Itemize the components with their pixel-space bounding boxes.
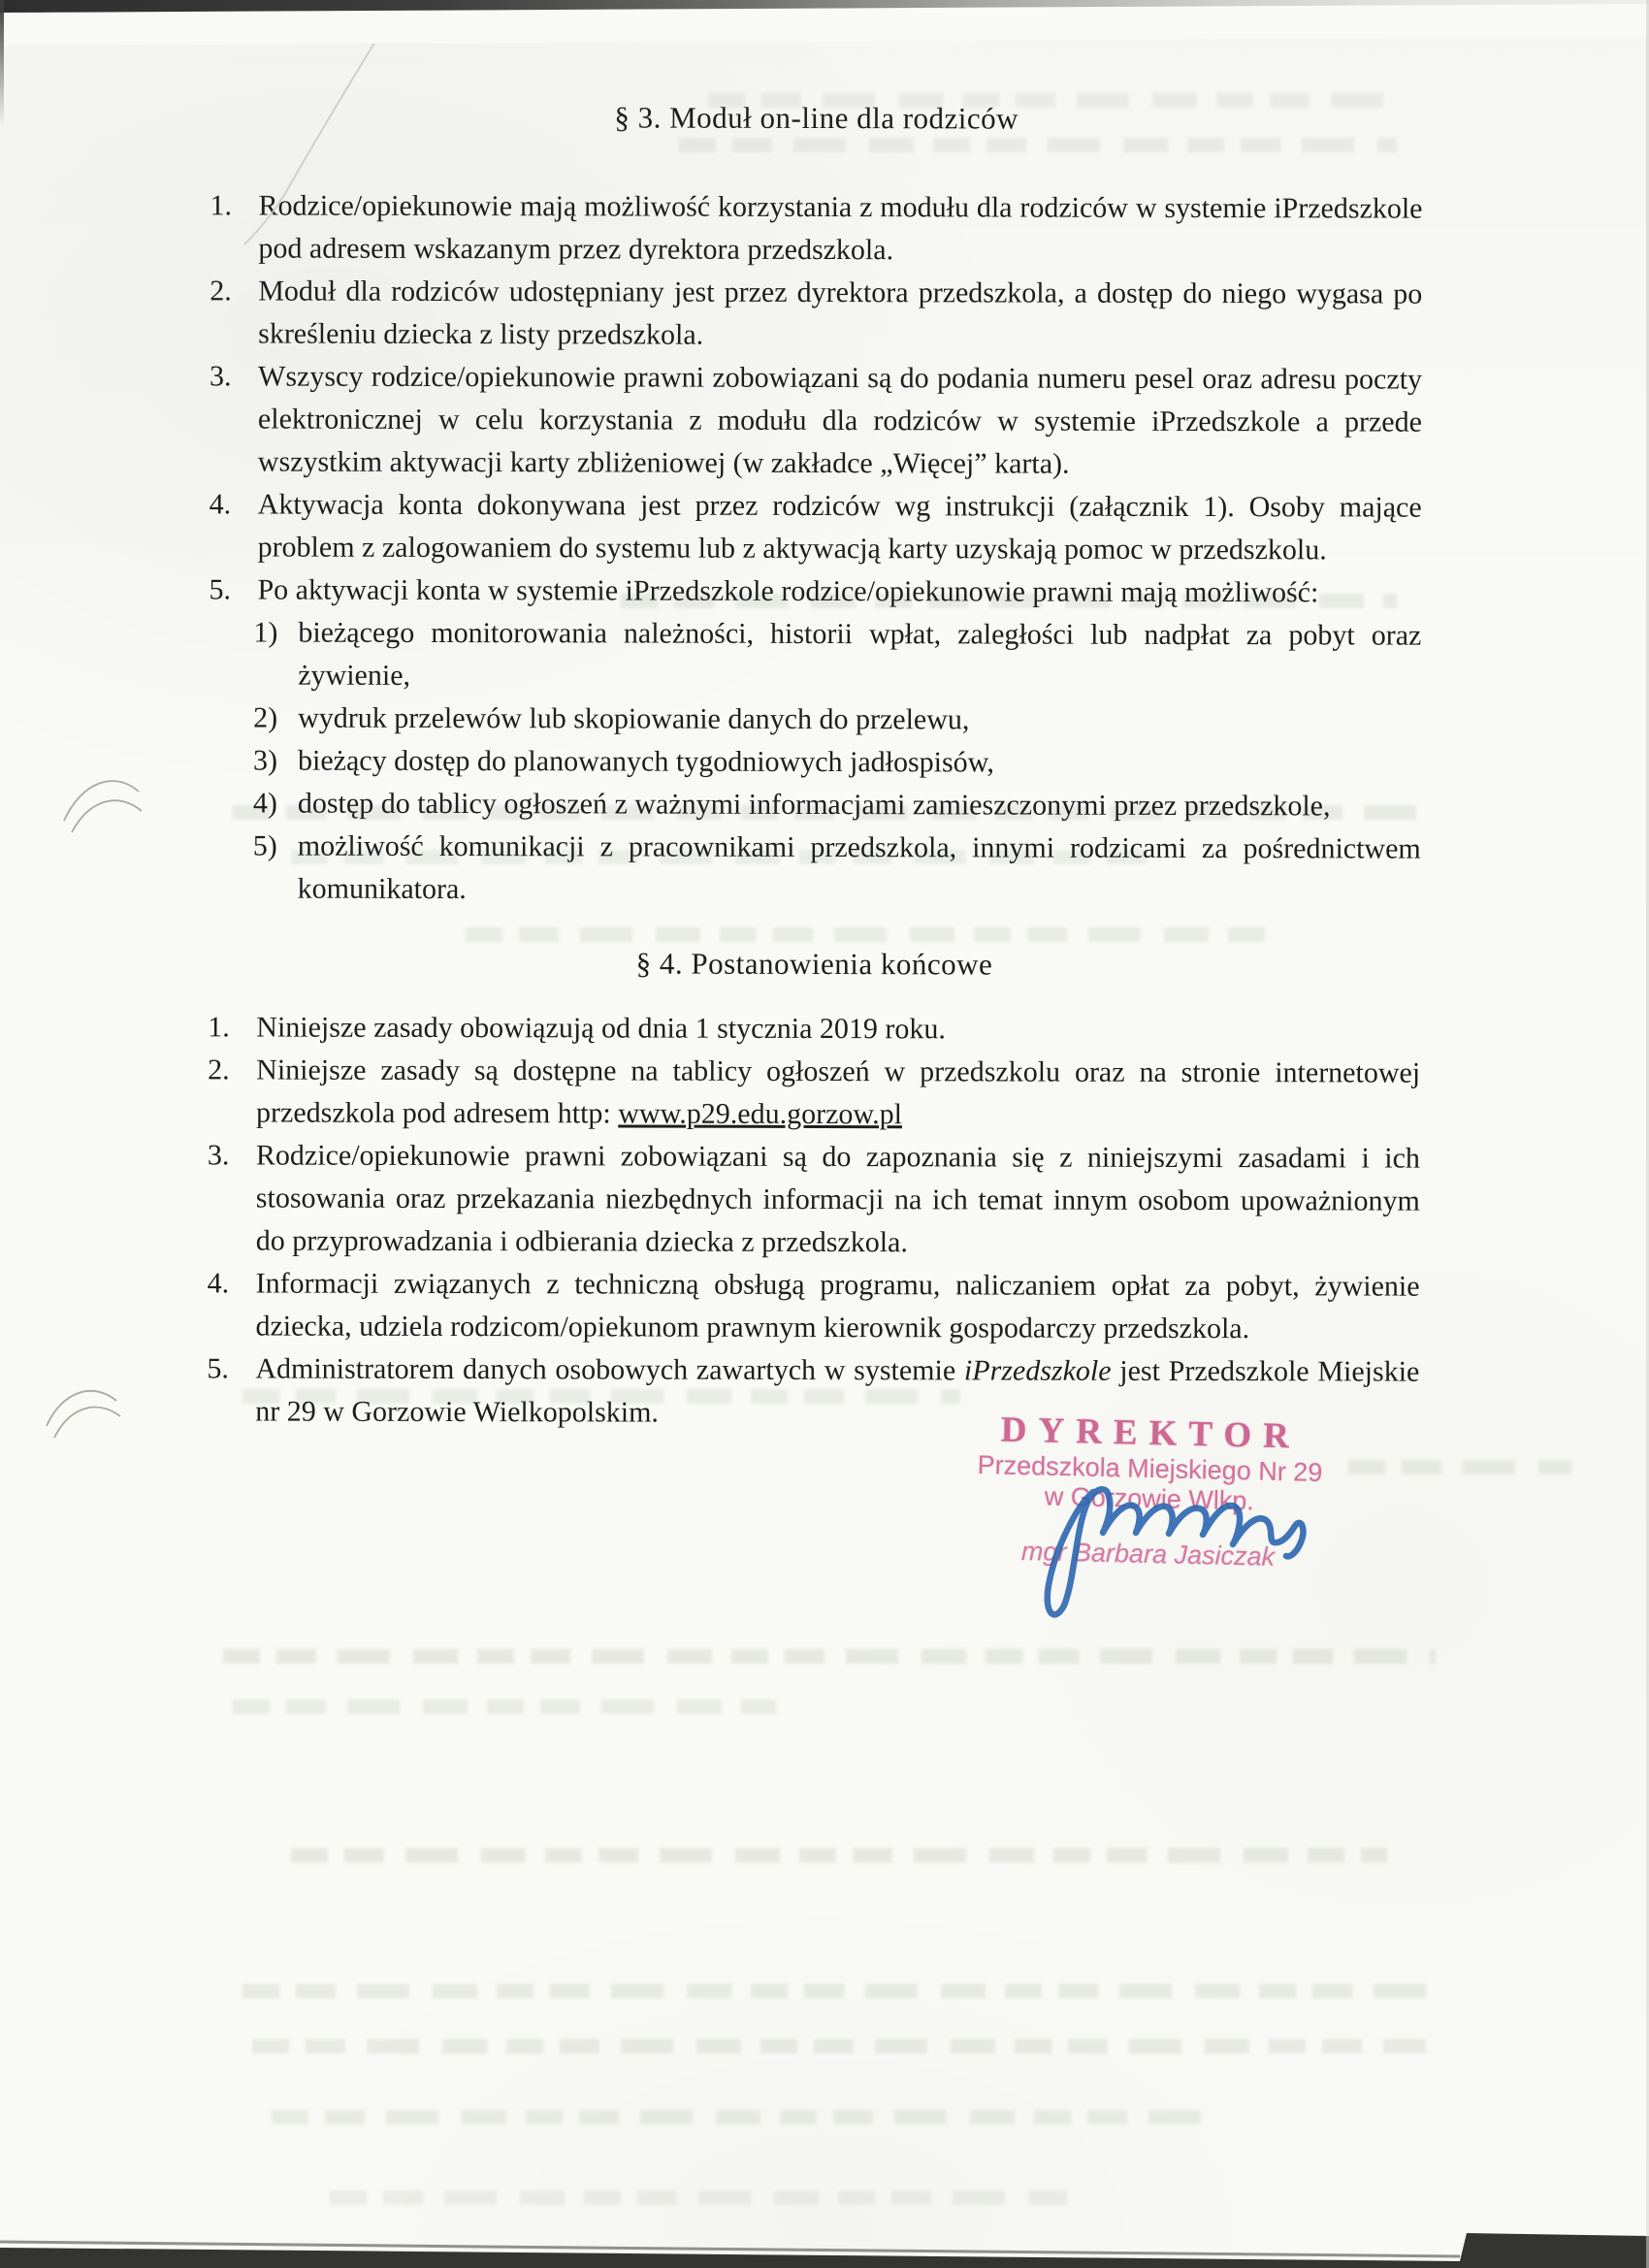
bleed-through-line xyxy=(272,2110,1222,2124)
section-3-heading: § 3. Moduł on-line dla rodziców xyxy=(210,99,1423,137)
website-url-text: www.p29.edu.gorzow.pl xyxy=(618,1097,902,1130)
bleed-through-line xyxy=(1348,1460,1571,1474)
list-item-text: Po aktywacji konta w systemie iPrzedszko… xyxy=(257,568,1421,614)
stamp-signer-name: mgr Barbara Jasiczak xyxy=(954,1535,1342,1573)
bleed-through-line xyxy=(223,1649,1436,1664)
list-item: 5)możliwość komunikacji z pracownikami p… xyxy=(253,825,1421,913)
paper-bottom-edge-line xyxy=(0,2242,1460,2256)
list-item-number: 1. xyxy=(210,184,258,270)
list-item: 1.Niniejsze zasady obowiązują od dnia 1 … xyxy=(208,1006,1420,1052)
list-item-text: Informacji związanych z techniczną obsłu… xyxy=(255,1262,1419,1350)
list-item-text: Wszyscy rodzice/opiekunowie prawni zobow… xyxy=(258,355,1422,486)
list-item-number: 3. xyxy=(210,355,258,483)
list-item-number: 3) xyxy=(253,739,298,782)
scanner-background-strip xyxy=(0,2233,1649,2268)
list-item-number: 2. xyxy=(210,270,258,355)
list-item-number: 4. xyxy=(210,483,258,568)
list-item-number: 1. xyxy=(208,1006,256,1049)
list-item-text: bieżącego monitorowania należności, hist… xyxy=(298,612,1421,700)
section-4-heading: § 4. Postanowienia końcowe xyxy=(208,945,1420,983)
list-item-number: 5. xyxy=(209,568,257,611)
list-item-text: Rodzice/opiekunowie mają możliwość korzy… xyxy=(258,184,1422,273)
pencil-arc-artifact xyxy=(47,1391,120,1438)
list-item-number: 2. xyxy=(208,1049,256,1134)
list-item-text: dostęp do tablicy ogłoszeń z ważnymi inf… xyxy=(298,783,1421,828)
document-body: § 3. Moduł on-line dla rodziców 1.Rodzic… xyxy=(207,99,1423,1436)
list-item-number: 2) xyxy=(253,697,298,739)
list-item: 3.Wszyscy rodzice/opiekunowie prawni zob… xyxy=(210,355,1422,486)
list-item: 2.Niniejsze zasady są dostępne na tablic… xyxy=(208,1049,1420,1137)
section-4-list: 1.Niniejsze zasady obowiązują od dnia 1 … xyxy=(207,1006,1420,1436)
list-item-number: 1) xyxy=(253,611,298,697)
list-item-text: Aktywacja konta dokonywana jest przez ro… xyxy=(258,483,1422,571)
bleed-through-line xyxy=(252,2039,1426,2054)
list-item-text: wydruk przelewów lub skopiowanie danych … xyxy=(298,697,1421,743)
list-item-text: Niniejsze zasady obowiązują od dnia 1 st… xyxy=(256,1006,1420,1052)
list-item: 3.Rodzice/opiekunowie prawni zobowiązani… xyxy=(208,1134,1420,1265)
list-item: 2.Moduł dla rodziców udostępniany jest p… xyxy=(210,270,1422,358)
list-item-number: 5. xyxy=(207,1347,255,1433)
list-item-text: Rodzice/opiekunowie prawni zobowiązani s… xyxy=(256,1134,1420,1265)
list-item: 2)wydruk przelewów lub skopiowanie danyc… xyxy=(253,697,1421,742)
list-item: 1.Rodzice/opiekunowie mają możliwość kor… xyxy=(210,184,1422,273)
list-item: 4)dostęp do tablicy ogłoszeń z ważnymi i… xyxy=(253,782,1421,827)
list-item: 4.Informacji związanych z techniczną obs… xyxy=(207,1262,1419,1350)
list-item: 1)bieżącego monitorowania należności, hi… xyxy=(253,611,1421,699)
bleed-through-line xyxy=(330,2190,1067,2205)
bleed-through-line xyxy=(233,1700,776,1714)
list-item-text: Moduł dla rodziców udostępniany jest prz… xyxy=(258,270,1422,358)
list-item-number: 5) xyxy=(253,825,298,910)
list-item-text: możliwość komunikacji z pracownikami prz… xyxy=(298,826,1421,914)
list-item: 3)bieżący dostęp do planowanych tygodnio… xyxy=(253,739,1421,785)
bleed-through-line xyxy=(291,1848,1387,1863)
bleed-through-line xyxy=(242,1984,1436,1998)
list-item-number: 3. xyxy=(208,1134,256,1262)
section-3-list: 1.Rodzice/opiekunowie mają możliwość kor… xyxy=(209,184,1422,614)
pencil-arc-artifact xyxy=(64,781,142,832)
list-item-text: bieżący dostęp do planowanych tygodniowy… xyxy=(298,740,1421,786)
director-stamp: DYREKTOR Przedszkola Miejskiego Nr 29 w … xyxy=(954,1408,1345,1573)
list-item-text: Niniejsze zasady są dostępne na tablicy … xyxy=(256,1049,1420,1137)
list-item-number: 4. xyxy=(207,1262,255,1347)
list-item-number: 4) xyxy=(253,782,298,825)
section-3-sublist: 1)bieżącego monitorowania należności, hi… xyxy=(253,611,1422,913)
scanned-document-page: § 3. Moduł on-line dla rodziców 1.Rodzic… xyxy=(0,0,1649,2268)
scanner-left-edge xyxy=(0,0,4,126)
list-item: 4.Aktywacja konta dokonywana jest przez … xyxy=(210,483,1422,571)
list-item: 5.Po aktywacji konta w systemie iPrzedsz… xyxy=(209,568,1421,614)
